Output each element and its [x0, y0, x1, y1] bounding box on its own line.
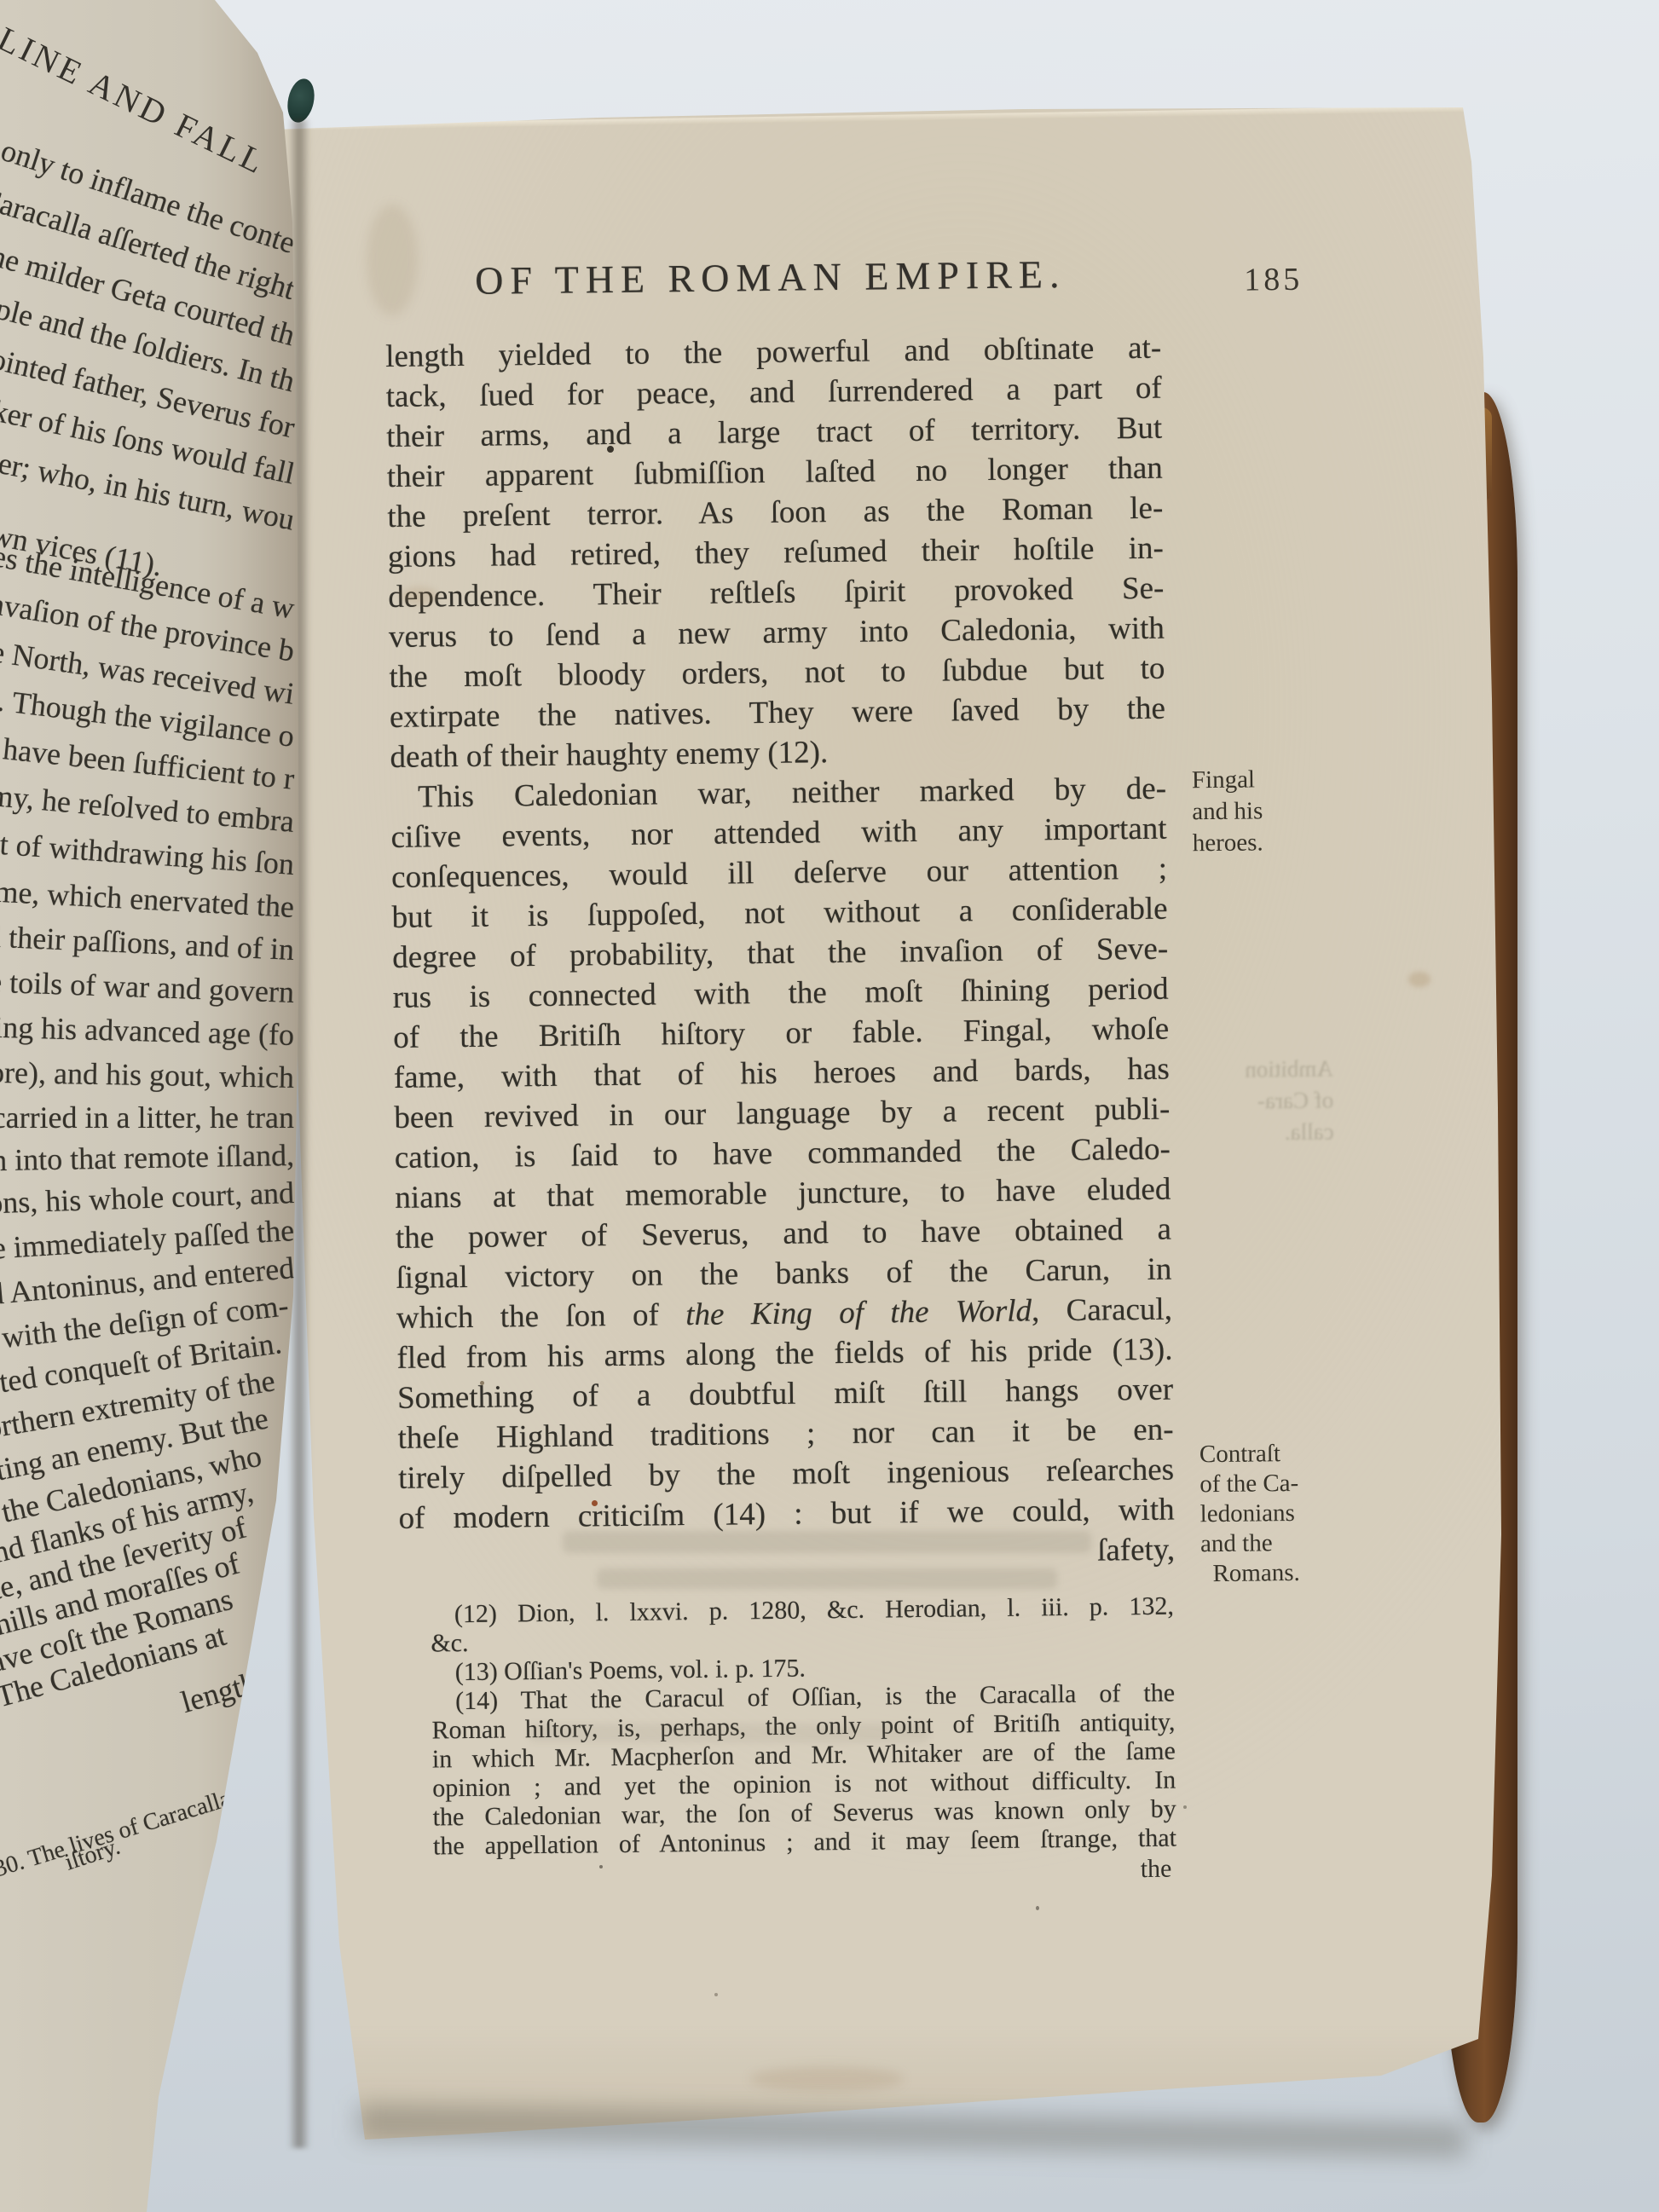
headband: [284, 76, 318, 124]
margin-note-line: Contraſt: [1199, 1440, 1280, 1468]
bleedthrough-line: Ambition: [1245, 1055, 1333, 1082]
italic-phrase: the King of the World: [685, 1293, 1032, 1332]
rust-speck: [592, 1500, 598, 1506]
bleedthrough-line: of Cara-: [1257, 1087, 1334, 1113]
foxing-stain: [401, 586, 438, 605]
margin-note-line: heroes.: [1193, 829, 1263, 857]
bleedthrough-margin-note: Ambition of Cara- calla.: [1197, 1053, 1334, 1149]
running-header: OF THE ROMAN EMPIRE.: [384, 251, 1161, 304]
bleedthrough-smudge: [529, 1724, 929, 1742]
speck: [599, 1865, 603, 1868]
ink-speck: [607, 446, 614, 453]
speck: [714, 1993, 718, 1996]
gutter-stain: [367, 205, 418, 315]
body-line-segment: which the ſon of: [396, 1297, 686, 1336]
speck: [480, 1381, 484, 1385]
margin-note-line: Romans.: [1200, 1557, 1354, 1589]
margin-note-line: of the Ca-: [1199, 1470, 1298, 1498]
bleedthrough-smudge: [597, 1568, 1057, 1589]
foxing-stain: [750, 2066, 904, 2092]
speck: [1036, 1906, 1039, 1910]
bleedthrough-line: calla.: [1285, 1118, 1334, 1145]
main-text-block: length yielded to the powerful and obſti…: [385, 328, 1175, 1579]
margin-note-line: and the: [1200, 1529, 1273, 1557]
speck: [1183, 1805, 1187, 1809]
margin-note-fingal: Fingal and his heroes.: [1192, 763, 1346, 859]
margin-note-contrast: Contraſt of the Ca- ledonians and the Ro…: [1199, 1438, 1355, 1589]
running-header-title: OF THE ROMAN EMPIRE.: [384, 252, 1066, 303]
body-line-segment: , Caracul,: [1032, 1292, 1172, 1329]
margin-note-line: ledonians: [1199, 1499, 1295, 1528]
catchword: the: [433, 1855, 1171, 1892]
page-number: 185: [1244, 261, 1303, 299]
left-page-line: ree-ſcore), and his gout, which: [0, 1048, 294, 1095]
bleedthrough-smudge: [563, 1531, 1091, 1553]
left-page-line: be carried in a litter, he tran: [0, 1100, 294, 1135]
margin-note-line: and his: [1192, 797, 1263, 825]
foxing-stain: [1408, 972, 1431, 987]
page-bottom-shadow: [358, 2105, 1467, 2158]
margin-note-line: Fingal: [1192, 765, 1255, 794]
